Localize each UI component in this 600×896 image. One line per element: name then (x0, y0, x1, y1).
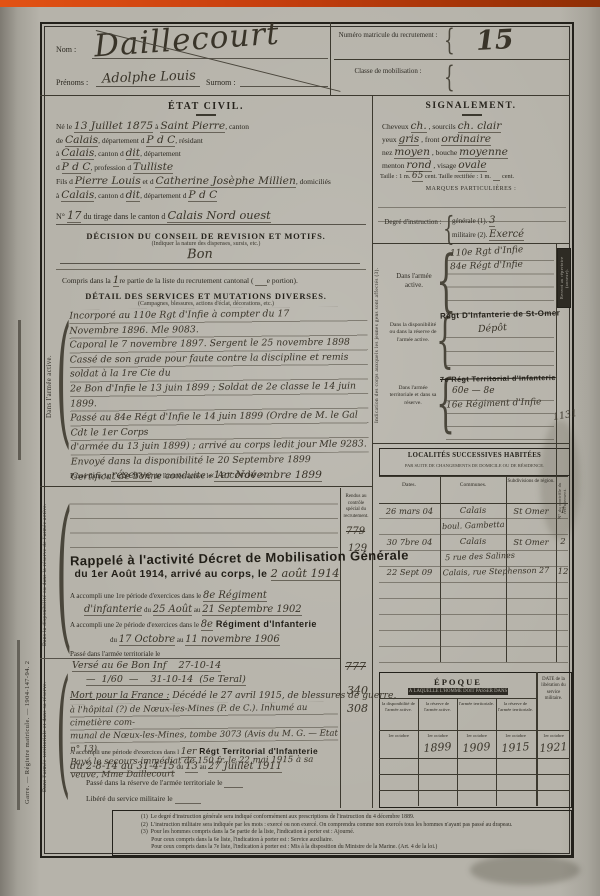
matricule-label: Numéro matricule du recrutement : (334, 31, 442, 40)
signalement-line: menton rond , visage ovale (382, 158, 566, 171)
localites-col-dates: Dates. (380, 482, 438, 488)
etat-civil-line: de Calais, département d P d C, résidant (56, 133, 366, 146)
nom-label: Nom : (56, 45, 76, 54)
text-segment: 21 Septembre 1902 (202, 604, 301, 616)
section-divider (40, 486, 372, 487)
taille-line: Taille : 1 m. 65 cent. Taille rectifiée … (380, 171, 568, 181)
text-segment (255, 276, 266, 286)
header-bottom-rule (40, 95, 570, 96)
text-segment: moyen (394, 145, 430, 159)
text-segment: au (198, 763, 208, 771)
text-segment: A accompli une 2e période d'exercices da… (70, 621, 201, 629)
text-segment: de l'armée active le (152, 471, 214, 480)
text-segment: gris (398, 132, 419, 146)
text-segment: dit (126, 188, 141, 202)
localites-col-communes: Communes. (441, 482, 505, 488)
text-segment: Versé au 6e Bon Inf 27-10-14 (72, 660, 221, 672)
text-segment: d (56, 163, 62, 172)
text-segment: P d C (62, 160, 91, 174)
text-segment: de (56, 136, 65, 145)
table-rule (379, 790, 570, 791)
title-tick (196, 114, 216, 116)
epoque-year-value: 1899 (419, 740, 457, 756)
localites-cell-num: 1 (557, 506, 569, 516)
epoque-year-value: 1921 (538, 740, 570, 755)
corps-dispo-label: Dans la disponibilité ou dans la réserve… (388, 322, 438, 344)
text-segment: , visage (432, 161, 459, 170)
epoque-col-header: la disponibilité de l'armée active. (380, 701, 417, 713)
corps-active-label: Dans l'armée active. (390, 272, 438, 290)
text-segment: — 1/60 — 31-10-14 (5e Teral) (86, 674, 246, 686)
text-segment: 65 (412, 171, 423, 182)
epoque-printed-date: 1er octobre (380, 733, 417, 738)
text-segment: Taille : 1 m. (380, 173, 412, 180)
etat-civil-line: à Calais, canton d dit, département (56, 146, 366, 159)
periode-dates-line: du 2-8-14 au 31-4-15 du 13 au 27 Juillet… (70, 761, 338, 772)
localites-cell-date: 26 mars 04 (381, 506, 438, 516)
signalement-line: Cheveux ch. , sourcils ch. clair (382, 119, 566, 132)
epoque-col-header: la réserve de l'armée territoriale. (497, 701, 534, 713)
table-rule (379, 774, 570, 775)
text-segment: , canton d (94, 149, 125, 158)
text-segment: Passé dans l'armée territoriale le (70, 650, 162, 658)
text-segment: 1er Novembre 1899 (214, 468, 322, 482)
text-segment: , département d (98, 136, 146, 145)
text-segment: , canton d (94, 191, 125, 200)
section-divider (372, 443, 570, 444)
compris-liste-line: Compris dans la 1re partie de la liste d… (62, 273, 366, 286)
text-segment: menton (382, 161, 406, 170)
epoque-date-col-header: DATE de la libération du service militai… (538, 677, 569, 703)
rule-line (60, 263, 360, 264)
text-segment: du 2-8-14 au 31-4-15 (70, 761, 175, 773)
epoque-printed-date: 1er octobre (419, 733, 456, 738)
brace-glyph: ( (56, 662, 70, 801)
text-segment: , front (419, 135, 441, 144)
spine-shadow-mark (17, 640, 20, 810)
text-segment: P d C (188, 188, 217, 202)
armee-active-side-label: Dans l'armée active. (46, 330, 53, 442)
text-segment: 8e Régiment (203, 590, 267, 602)
marques-particulieres-label: MARQUES PARTICULIÈRES : (372, 186, 570, 192)
text-segment: , canton (225, 122, 249, 131)
text-segment: , profession d (91, 163, 134, 172)
localites-cell-commune: Calais (442, 537, 504, 547)
territoriale-entry-line: — 1/60 — 31-10-14 (5e Teral) (86, 674, 338, 685)
text-segment: Tulliste (133, 160, 173, 174)
controle-number: 308 (347, 702, 368, 715)
text-segment: Calais Nord ouest (167, 208, 270, 223)
periode-exercices-line: du 17 Octobre au 11 novembre 1906 (110, 634, 342, 645)
text-segment: générale (1). (452, 217, 489, 225)
periode-exercices-line: d'infanterie du 25 Août au 21 Septembre … (84, 604, 342, 615)
corps-side-label: Indication des corps auxquels les jeunes… (374, 250, 386, 440)
text-segment: , résidant (175, 136, 203, 145)
periode-exercices-line: A accompli une 1re période d'exercices d… (70, 590, 342, 601)
degre-militaire-line: militaire (2). Exercé (452, 229, 566, 240)
epoque-title: ÉPOQUE (380, 677, 536, 687)
classe-mobilisation-label: Classe de mobilisation : (334, 67, 442, 76)
text-segment: e portion). (267, 276, 298, 285)
text-segment: 2 août 1914 (271, 566, 340, 581)
text-segment: A accompli une 1re période d'exercices d… (70, 592, 203, 600)
blank-ruled-lines (70, 490, 338, 548)
text-segment: du (175, 763, 186, 771)
text-segment: et d (141, 177, 156, 186)
text-segment: militaire (2). (452, 231, 489, 239)
etat-civil-line: Fils d Pierre Louis et d Catherine Josèp… (56, 174, 366, 187)
blank-ruled-lines (446, 324, 554, 366)
text-segment: Cheveux (382, 122, 411, 131)
text-segment: N° (56, 212, 67, 221)
text-segment: Calais (65, 133, 98, 147)
spine-shadow-mark (18, 320, 21, 460)
text-segment (224, 778, 243, 788)
text-segment: rond (406, 158, 431, 172)
periode-territoriale-line: A accompli une période d'exercices dans … (70, 746, 338, 757)
localites-title-box: LOCALITÉS SUCCESSIVES HABITÉES PAR SUITE… (379, 448, 570, 476)
degre-instruction-label: Degré d'instruction : (384, 218, 442, 227)
text-segment: du tirage dans le canton d (81, 212, 167, 221)
surnom-label: Surnom : (206, 78, 236, 87)
text-segment: Saint Pierre (160, 119, 225, 133)
territoriale-entry-line: Versé au 6e Bon Inf 27-10-14 (72, 660, 338, 671)
column-divider (372, 95, 373, 808)
rule-line (56, 269, 366, 270)
text-segment: Catherine Josèphe Millien (155, 174, 295, 188)
text-segment: Régiment d'Infanterie (213, 619, 317, 629)
text-segment: du (142, 606, 153, 614)
epoque-col-header: l'armée territoriale. (458, 701, 495, 707)
text-segment: Fils d (56, 177, 75, 186)
epoque-subtitle: À LAQUELLE L'HOMME DOIT PASSER DANS (408, 688, 508, 695)
printer-imprint: Garre. — Régistre matricule. — 1904-147-… (24, 620, 31, 845)
corps-territoriale-label: Dans l'armée territoriale et dans sa rés… (388, 385, 438, 407)
text-segment: Régt Territorial d'Infanterie (196, 746, 318, 756)
text-segment: Décédé le 27 avril 1915, de blessures de… (169, 691, 396, 701)
rule-line (96, 86, 200, 87)
territoriale-side-label: Dans l'armée territoriale et dans sa rés… (42, 672, 56, 802)
text-segment: A accompli une période d'exercices dans … (70, 749, 181, 756)
scanned-military-register-page: Garre. — Régistre matricule. — 1904-147-… (0, 0, 600, 896)
etat-civil-line: à Calais, canton d dit, département d P … (56, 188, 366, 201)
repertoire-strip-label-box: Renvoi au répertoire (annexe). (557, 248, 571, 308)
epoque-printed-date: 1er octobre (538, 733, 569, 738)
signalement-title: SIGNALEMENT. (372, 101, 570, 111)
text-segment: 13 Juillet 1875 (74, 119, 153, 133)
localites-cell-commune: Calais (442, 506, 504, 516)
text-segment: nez (382, 148, 394, 157)
disponibilite-side-label: Dans la disponibilité ou dans la réserve… (42, 496, 56, 654)
brace-glyph: { (444, 26, 455, 55)
text-segment: d'infanterie (84, 604, 142, 616)
localites-subtitle: PAR SUITE DE CHANGEMENTS DE DOMICILE OU … (380, 463, 569, 468)
text-segment: , sourcils (427, 122, 458, 131)
decision-value-handwriting: Bon (120, 246, 280, 264)
text-segment: au (175, 636, 185, 644)
localites-title: LOCALITÉS SUCCESSIVES HABITÉES (380, 452, 569, 459)
text-segment: Compris dans la (62, 276, 113, 285)
decision-title: DÉCISION DU CONSEIL DE REVISION ET MOTIF… (40, 231, 372, 241)
title-tick (462, 114, 482, 116)
text-segment: 1er (181, 746, 197, 758)
text-segment: du (110, 636, 119, 644)
text-segment: 25 Août (153, 604, 192, 616)
localites-col-subdiv: Subdivisions de région. (507, 479, 555, 486)
text-segment: Libéré du service militaire le (86, 794, 175, 803)
localites-cell-subdiv: St Omer (508, 506, 554, 516)
controle-special-label: Rendus au contrôle spécial du recrutemen… (341, 494, 371, 520)
text-segment: Passé dans la (70, 471, 111, 480)
text-segment: Calais (61, 188, 94, 202)
text-segment: Né le (56, 122, 74, 131)
epoque-col-header: la réserve de l'armée active. (419, 701, 456, 713)
epoque-printed-date: 1er octobre (497, 733, 534, 738)
text-segment: ovale (458, 158, 486, 172)
text-segment: 8e (201, 619, 213, 631)
localites-cell-date: 22 Sept 09 (381, 567, 438, 577)
deces-details-handwriting: à l'hôpital (?) de Nœux-les-Mines (P. de… (70, 702, 338, 744)
localites-cell-date: 30 7bre 04 (381, 537, 438, 547)
passe-reserve-territoriale-line: Passé dans la réserve de l'armée territo… (86, 778, 338, 787)
mort-pour-la-france-line: Mort pour la France : Décédé le 27 avril… (70, 691, 338, 701)
text-segment: ch. clair (458, 119, 502, 133)
text-segment: yeux (382, 135, 398, 144)
etat-civil-title: ÉTAT CIVIL. (40, 101, 372, 112)
localites-cell-num: 2 (557, 537, 569, 547)
prenoms-label: Prénoms : (56, 78, 88, 87)
passe-reserve-line: Passé dans la réserve de l'armée active … (70, 468, 368, 481)
text-segment: , département (140, 149, 181, 158)
section-divider (40, 658, 340, 659)
signalement-line: yeux gris , front ordinaire (382, 132, 566, 145)
epoque-printed-date: 1er octobre (458, 733, 495, 738)
table-rule (379, 476, 568, 477)
text-segment: Calais (61, 146, 94, 160)
mobilisation-stamp-line: du 1er Août 1914, arrivé au corps, le 2 … (72, 566, 342, 580)
text-segment: Exercé (489, 229, 524, 241)
text-segment: 13 (185, 761, 198, 773)
etat-civil-line: d P d C, profession d Tulliste (56, 160, 366, 173)
degre-generale-line: générale (1). 3 (452, 215, 566, 226)
services-title: DÉTAIL DES SERVICES ET MUTATIONS DIVERSE… (40, 291, 372, 301)
text-segment: 11 novembre 1906 (185, 634, 279, 646)
text-segment: 27 Juillet 1911 (208, 761, 282, 773)
controle-number: 777 (345, 660, 366, 673)
etat-civil-line: Né le 13 Juillet 1875 à Saint Pierre, ca… (56, 119, 366, 132)
text-segment (175, 794, 201, 804)
matricule-value-handwriting: 15 (475, 24, 514, 57)
divider (330, 22, 331, 95)
controle-number: 779 (346, 526, 365, 537)
brace-glyph: { (444, 63, 455, 92)
text-segment: cent. Taille rectifiée : 1 m. (423, 173, 492, 180)
text-segment: 17 (67, 208, 81, 223)
text-segment: réserve (111, 468, 152, 482)
rule-line (240, 86, 328, 87)
signalement-line: nez moyen , bouche moyenne (382, 145, 566, 158)
localites-cell-num: 12 (557, 567, 569, 577)
text-segment: ch. (411, 119, 427, 133)
text-segment: Pierre Louis (75, 174, 141, 188)
blank-ruled-lines (446, 388, 554, 440)
text-segment: dit (126, 146, 141, 160)
repertoire-strip-label: Renvoi au répertoire (annexe). (559, 251, 569, 305)
text-segment: cent. (500, 173, 514, 180)
text-segment: P d C (146, 133, 175, 147)
text-segment: 17 Octobre (119, 634, 175, 646)
passe-territoriale-line: Passé dans l'armée territoriale le (70, 650, 342, 658)
text-segment: re partie de la liste du recrutement can… (119, 276, 255, 285)
text-segment: moyenne (459, 145, 508, 159)
text-segment: , bouche (430, 148, 459, 157)
text-segment: ordinaire (441, 132, 491, 146)
text-segment: au (192, 606, 202, 614)
text-segment: 3 (489, 215, 495, 227)
text-segment: du 1er Août 1914, arrivé au corps, le (74, 569, 270, 580)
text-segment: , domiciliés (296, 177, 331, 186)
table-rule (379, 730, 570, 731)
epoque-year-value: 1915 (497, 740, 535, 756)
text-segment: Mort pour la France : (70, 691, 169, 701)
epoque-year-value: 1909 (458, 740, 496, 756)
footnotes-text: (1) Le degré d'instruction générale sera… (141, 814, 565, 852)
text-segment: , département d (140, 191, 188, 200)
services-handwritten-entries: Incorporé au 110e Rgt d'Infie à compter … (69, 306, 369, 455)
libere-service-line: Libéré du service militaire le (86, 794, 338, 803)
scan-red-band (0, 0, 600, 7)
text-segment: Passé dans la réserve de l'armée territo… (86, 778, 224, 787)
tirage-line: N° 17 du tirage dans le canton d Calais … (56, 208, 366, 222)
table-rule (379, 758, 570, 759)
rule-line (56, 224, 366, 225)
control-strip-divider (340, 488, 341, 808)
localites-cell-subdiv: St Omer (508, 537, 554, 547)
paper-stain (470, 855, 580, 885)
footnotes-box: (1) Le degré d'instruction générale sera… (112, 810, 572, 856)
section-divider (372, 243, 570, 244)
periode-exercices-line: A accompli une 2e période d'exercices da… (70, 619, 342, 630)
